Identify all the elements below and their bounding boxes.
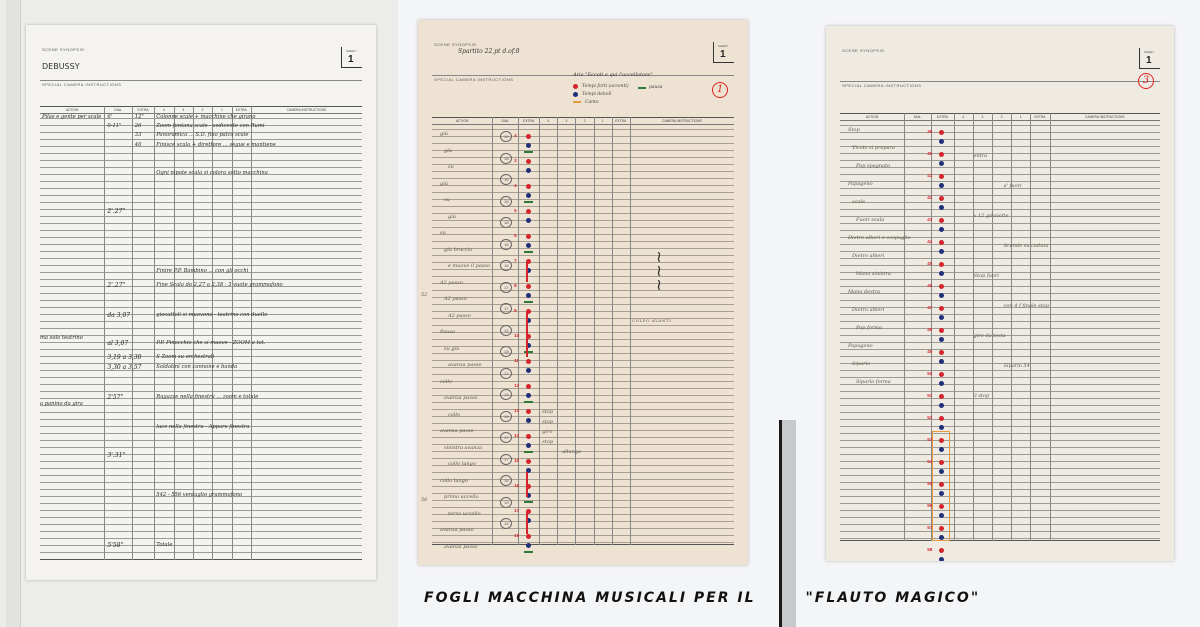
handwritten-entry: 542 - 556 ventaglio grammofono	[156, 492, 242, 498]
beat-number: 58	[927, 547, 932, 552]
beat-number: 11	[514, 358, 519, 363]
sheet-papageno-3: SCENE SYNOPSIS SHEET 1 SPECIAL CAMERA IN…	[826, 26, 1174, 561]
handwritten-entry: Zoom fontana scale - sedicente con Rumi	[156, 123, 264, 129]
caption-part2: "FLAUTO MAGICO"	[806, 590, 981, 606]
action-text: A2 passo	[444, 296, 467, 302]
action-text: giù	[444, 148, 452, 154]
beat-number: 49	[927, 349, 932, 354]
grid-bottom-line	[40, 559, 362, 560]
beat-number: 48	[927, 327, 932, 332]
handwritten-entry: 6'	[107, 114, 112, 120]
sustain-stem	[526, 262, 528, 282]
column-rule	[973, 113, 974, 541]
dial-circle: 16	[500, 196, 512, 207]
dial-circle: 17	[500, 454, 512, 465]
legend-label: Canto	[585, 100, 599, 105]
action-text: A2 passo	[448, 313, 471, 319]
action-text: sinistra avanza	[444, 445, 482, 451]
dash-icon	[638, 87, 646, 89]
sheet-number-box: SHEET 1	[713, 42, 734, 63]
weak-beat-dot	[526, 543, 531, 548]
handwritten-entry: 2'.27"	[107, 208, 125, 215]
weak-beat-dot	[939, 557, 944, 561]
legend-label: Tempi deboli	[582, 92, 611, 97]
beat-number: 51	[927, 393, 932, 398]
action-text: su	[448, 164, 454, 170]
ruled-lines	[840, 119, 1160, 541]
special-label: SPECIAL CAMERA INSTRUCTIONS	[42, 82, 121, 87]
sheet-label: SHEET	[1144, 50, 1154, 54]
action-text: avanza passo	[444, 544, 478, 550]
beat-number: 44	[927, 239, 932, 244]
page-marker: 1	[712, 82, 728, 98]
dial-circle: 17	[500, 368, 512, 379]
form-label: SCENE SYNOPSIS	[434, 42, 476, 47]
handwritten-entry: Pilas e gente per scale	[42, 114, 101, 120]
dial-circle: 19	[500, 411, 512, 422]
action-text: avanza passo	[448, 362, 482, 368]
handwritten-entry: 33	[135, 132, 142, 138]
handwritten-entry: 2'57"	[107, 394, 123, 401]
beat-number: 15	[514, 458, 519, 463]
action-text: Stop	[848, 127, 860, 133]
extra-note: stop	[542, 409, 553, 415]
pause-mark	[524, 451, 533, 453]
column-rule	[132, 106, 133, 560]
handwritten-entry: Colonne scale + macchine che girano	[156, 114, 255, 120]
dial-circle: 18	[500, 239, 512, 250]
camera-note: x 12 giravolte	[974, 213, 1009, 219]
sheet-debussy: SCENE SYNOPSIS DEBUSSY SHEET 1 SPECIAL C…	[26, 25, 376, 580]
camera-note: Stop fuori	[974, 273, 999, 279]
legend-label: pausa	[649, 85, 662, 90]
sustain-stem	[526, 472, 528, 497]
sustain-stem	[526, 312, 528, 357]
beat-number: 41	[927, 173, 932, 178]
action-text: Sipario forma	[856, 379, 891, 385]
extra-note: giro	[542, 429, 552, 435]
annotation: COLPO AVANTI	[632, 318, 671, 323]
handwritten-entry: 3,30 a 3,57	[107, 364, 141, 371]
camera-note: giro da testa	[974, 333, 1006, 339]
handwritten-entry: 3,19 a 3,30	[107, 354, 141, 361]
margin-number: 56	[421, 497, 427, 503]
beat-number: 16	[514, 483, 519, 488]
margin-note: ma solo teatrino	[40, 335, 83, 341]
action-text: Dietro alberi	[852, 253, 884, 259]
beat-number: 50	[927, 371, 932, 376]
dash-icon	[573, 101, 581, 103]
column-rule	[992, 113, 993, 541]
aria-title: Aria "Eccoti e qui l'uccellatore"	[573, 72, 653, 78]
camera-note: 3 stop	[974, 393, 990, 399]
extra-note: stop	[542, 439, 553, 445]
handwritten-entry: luce nella finestra - Appare finestra	[156, 424, 249, 430]
column-rule	[630, 117, 631, 545]
handwritten-entry: P.P. Pinocchio che si muove - ZOOM a tot…	[156, 340, 265, 346]
pause-mark	[524, 151, 533, 153]
divider-line	[840, 81, 1160, 82]
action-text: giù	[440, 181, 448, 187]
handwritten-entry: 12"	[135, 114, 144, 120]
beat-number: 18	[514, 533, 519, 538]
handwritten-entry: Totale	[156, 542, 172, 548]
camera-note: Sipario 54	[1004, 363, 1030, 369]
sheet-label: SHEET	[718, 44, 728, 48]
pause-mark	[524, 201, 533, 203]
action-text: giù	[448, 214, 456, 220]
action-text: su	[444, 197, 450, 203]
action-text: Pop spagnato	[856, 163, 890, 169]
handwritten-entry: Panoramica ... S.D. fino palco scale	[156, 132, 248, 138]
pause-mark	[524, 501, 533, 503]
caption-part1: FOGLI MACCHINA MUSICALI PER IL	[424, 590, 756, 606]
page-marker: 3	[1138, 73, 1154, 89]
beat-number: 4	[514, 183, 517, 188]
beat-number: 3	[514, 158, 517, 163]
column-rule	[154, 106, 155, 560]
beat-number: 43	[927, 217, 932, 222]
beat-number: 14	[514, 433, 519, 438]
extra-note: allunga	[562, 449, 581, 455]
action-text: collo lungo	[440, 478, 468, 484]
camera-note: a' fuori	[1004, 183, 1022, 189]
beat-number: 45	[927, 261, 932, 266]
camera-note: entra	[974, 153, 988, 159]
special-label: SPECIAL CAMERA INSTRUCTIONS	[842, 83, 921, 88]
action-text: Pop forma	[856, 325, 882, 331]
handwritten-entry: 2'.27"	[107, 282, 125, 289]
beat-number: 40	[927, 151, 932, 156]
handwritten-entry: Fine Scala da 2,27 a 2,38 : 3 vuote gram…	[156, 282, 282, 288]
beat-number: 8	[514, 283, 517, 288]
pause-mark	[524, 251, 533, 253]
action-text: collo lungo	[448, 461, 476, 467]
action-text: Sipario	[852, 361, 870, 367]
beat-number: 10	[514, 333, 519, 338]
pause-mark	[524, 301, 533, 303]
extra-note: stop	[542, 419, 553, 425]
beat-number: 42	[927, 195, 932, 200]
column-rule	[904, 113, 905, 541]
handwritten-entry: da 3,07	[107, 312, 130, 319]
squiggle-mark: ≀≀≀	[656, 250, 662, 292]
grid-bottom-line	[840, 540, 1160, 541]
caption: FOGLI MACCHINA MUSICALI PER IL"FLAUTO MA…	[424, 590, 980, 606]
legend-label: Tempi forti (accenti)	[582, 84, 629, 89]
action-text: giù braccio	[444, 247, 472, 253]
beat-number: 39	[927, 129, 932, 134]
handwritten-entry: 5'58"	[107, 542, 123, 549]
handwritten-entry: Ogni nipote scala si colora sotto macchi…	[156, 170, 268, 176]
column-rule	[1011, 113, 1012, 541]
action-text: collo	[448, 412, 460, 418]
margin-note: a panino da gira	[40, 401, 83, 407]
legend-item: Tempi forti (accenti)	[573, 82, 629, 90]
dial-circle: 12	[500, 325, 512, 336]
action-text: avanza passo	[440, 527, 474, 533]
beat-number: 52	[927, 415, 932, 420]
column-rule	[518, 117, 519, 545]
beat-number: 47	[927, 305, 932, 310]
beat-number: 5	[514, 208, 517, 213]
special-label: SPECIAL CAMERA INSTRUCTIONS	[434, 77, 513, 82]
handwritten-entry: Soldatini con cannone e banda	[156, 364, 237, 370]
action-text: Vicolo si prepara	[852, 145, 895, 151]
legend-item: Canto	[573, 98, 629, 106]
handwritten-entry: Finire P.P. Bambino ... con gli occhi	[156, 268, 248, 274]
column-rule	[104, 106, 105, 560]
synopsis-grid: ACTIONDIALEXTRA4321EXTRACAMERA INSTRUCTI…	[40, 106, 362, 560]
action-text: collo	[440, 379, 452, 385]
column-rule	[612, 117, 613, 545]
sheet-number-box: SHEET 1	[341, 47, 362, 68]
dot-icon	[573, 92, 578, 97]
action-text: e muove il passo	[448, 263, 490, 269]
dial-circle: 17	[500, 282, 512, 293]
column-rule	[1050, 113, 1051, 541]
synopsis-grid: ACTIONDIALEXTRA4321EXTRACAMERA INSTRUCTI…	[840, 113, 1160, 541]
pause-mark	[524, 551, 533, 553]
sheet-number: 1	[720, 49, 726, 60]
sheet-label: SHEET	[346, 49, 356, 53]
handwritten-entry: 0-11"	[107, 123, 121, 129]
beat-number: 6	[514, 233, 517, 238]
column-rule	[954, 113, 955, 541]
action-text: terzo uccello	[448, 511, 481, 517]
action-text: su	[440, 230, 446, 236]
dial-circle: 16	[500, 153, 512, 164]
handwritten-entry: 3'.31"	[107, 452, 125, 459]
divider-line	[40, 80, 362, 81]
beat-number: 4	[514, 133, 517, 138]
action-text: Papageno	[848, 343, 873, 349]
sheet-title: DEBUSSY	[42, 62, 80, 71]
action-text: Fuori scala	[856, 217, 884, 223]
action-text: giù	[440, 131, 448, 137]
legend: Tempi forti (accenti)Tempi deboliCanto	[573, 82, 629, 106]
beat-number: 7	[514, 258, 517, 263]
action-text: scale	[852, 199, 865, 205]
camera-note: Scende su caduta	[1004, 243, 1049, 249]
sheet-number-box: SHEET 1	[1139, 48, 1160, 69]
beat-number: 46	[927, 283, 932, 288]
legend-item: Tempi deboli	[573, 90, 629, 98]
column-rule	[594, 117, 595, 545]
column-rule	[557, 117, 558, 545]
action-text: A2 passo	[440, 280, 463, 286]
action-text: Dietro alberi	[852, 307, 884, 313]
legend-item-pause: pausa	[638, 85, 662, 90]
sheet-aria-papageno: SCENE SYNOPSIS Spartito 22,pt d.of.8 SHE…	[418, 20, 748, 565]
action-text: primo uccello	[444, 494, 479, 500]
sheet-number: 1	[348, 54, 354, 65]
action-text: Mano destra	[848, 289, 880, 295]
handwritten-entry: 26	[135, 123, 142, 129]
column-rule	[1030, 113, 1031, 541]
pause-mark	[524, 401, 533, 403]
action-text: Dietro alberi e cespuglio	[848, 235, 911, 241]
song-highlight-box	[932, 431, 950, 541]
handwritten-entry: al 3,07	[107, 340, 128, 347]
beat-number: 12	[514, 383, 519, 388]
column-rule	[575, 117, 576, 545]
action-text: Papageno	[848, 181, 873, 187]
sheet-number: 1	[1146, 55, 1152, 66]
form-label: SCENE SYNOPSIS	[42, 47, 84, 52]
synopsis-grid: ACTIONDIALEXTRA4321EXTRACAMERA INSTRUCTI…	[432, 117, 734, 545]
sustain-stem	[526, 512, 528, 534]
dial-circle: 19	[500, 497, 512, 508]
action-text: avanza passo	[440, 428, 474, 434]
action-text: Pausa	[440, 329, 455, 335]
margin-number: 52	[421, 292, 427, 298]
action-text: Mano sinistra	[856, 271, 891, 277]
column-rule	[492, 117, 493, 545]
beat-number: 13	[514, 408, 519, 413]
handwritten-entry: Finisce scala + direttore ... segue e ma…	[156, 142, 276, 148]
ruled-lines	[432, 123, 734, 545]
action-text: su giù	[444, 346, 459, 352]
beat-number: 9	[514, 308, 517, 313]
column-rule	[539, 117, 540, 545]
action-text: avanza passo	[444, 395, 478, 401]
camera-note: con 4 f finale stop	[1004, 303, 1049, 309]
sheet-title: Spartito 22,pt d.of.8	[458, 48, 519, 55]
beat-number: 17	[514, 508, 519, 513]
handwritten-entry: giocattoli si muovono - teatrino con due…	[156, 312, 267, 318]
handwritten-entry: 40	[135, 142, 142, 148]
strong-beat-dot	[939, 548, 944, 553]
form-label: SCENE SYNOPSIS	[842, 48, 884, 53]
handwritten-entry: S Zoom su orchestrali	[156, 354, 214, 360]
dot-icon	[573, 84, 578, 89]
handwritten-entry: Ragazze nella finestra ... zoom e totale	[156, 394, 258, 400]
